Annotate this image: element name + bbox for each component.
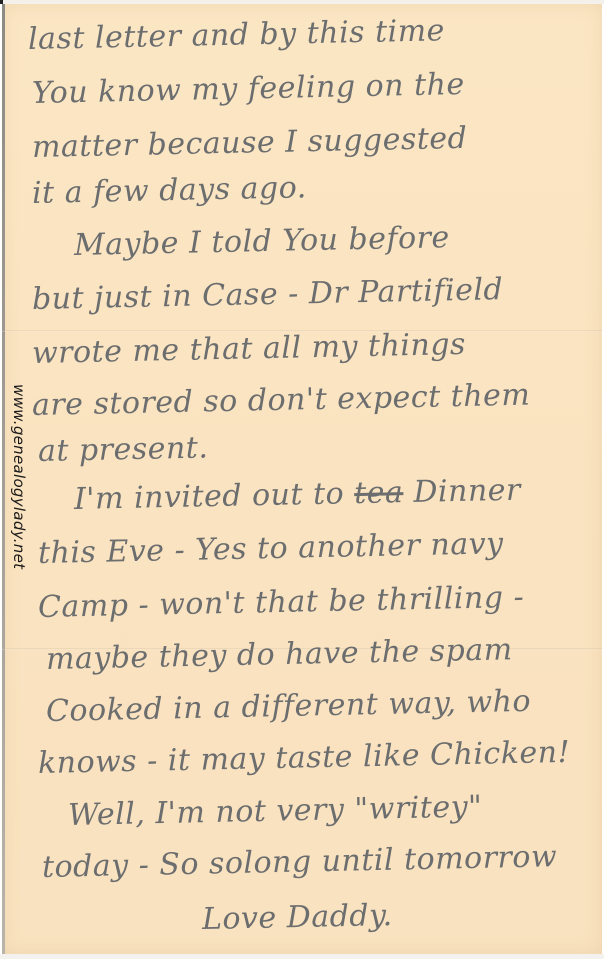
page-left-edge	[2, 4, 5, 954]
letter-line-1: last letter and by this time	[28, 13, 446, 57]
corrected-word: Dinner	[413, 473, 521, 510]
letter-line-4: it a few days ago.	[32, 170, 307, 211]
letter-line-7: wrote me that all my things	[32, 327, 467, 371]
letter-line-8: are stored so don't expect them	[32, 378, 531, 423]
letter-line-6: but just in Case - Dr Partifield	[32, 272, 504, 317]
letter-line-13: maybe they do have the spam	[46, 632, 513, 677]
letter-line-2: You know my feeling on the	[32, 67, 465, 111]
scan-border-bottom	[0, 954, 604, 959]
letter-line-14: Cooked in a different way, who	[46, 684, 532, 729]
letter-line-15: knows - it may taste like Chicken!	[38, 735, 571, 781]
watermark-text: www.genealogylady.net	[10, 384, 28, 569]
letter-line-17: today - So solong until tomorrow	[42, 839, 558, 885]
letter-line-12: Camp - won't that be thrilling -	[38, 580, 525, 625]
letter-signature: Love Daddy.	[202, 898, 393, 937]
letter-line-16: Well, I'm not very "writey"	[68, 789, 483, 833]
letter-line-5: Maybe I told You before	[74, 220, 450, 263]
letter-line-9: at present.	[38, 430, 209, 469]
letter-line-3: matter because I suggested	[32, 121, 468, 165]
letter-line-10: I'm invited out to tea Dinner	[74, 473, 522, 517]
line-10-text: I'm invited out to	[74, 476, 345, 517]
letter-page: last letter and by this time You know my…	[2, 4, 602, 954]
struck-word: tea	[354, 475, 404, 511]
letter-line-11: this Eve - Yes to another navy	[38, 526, 504, 571]
